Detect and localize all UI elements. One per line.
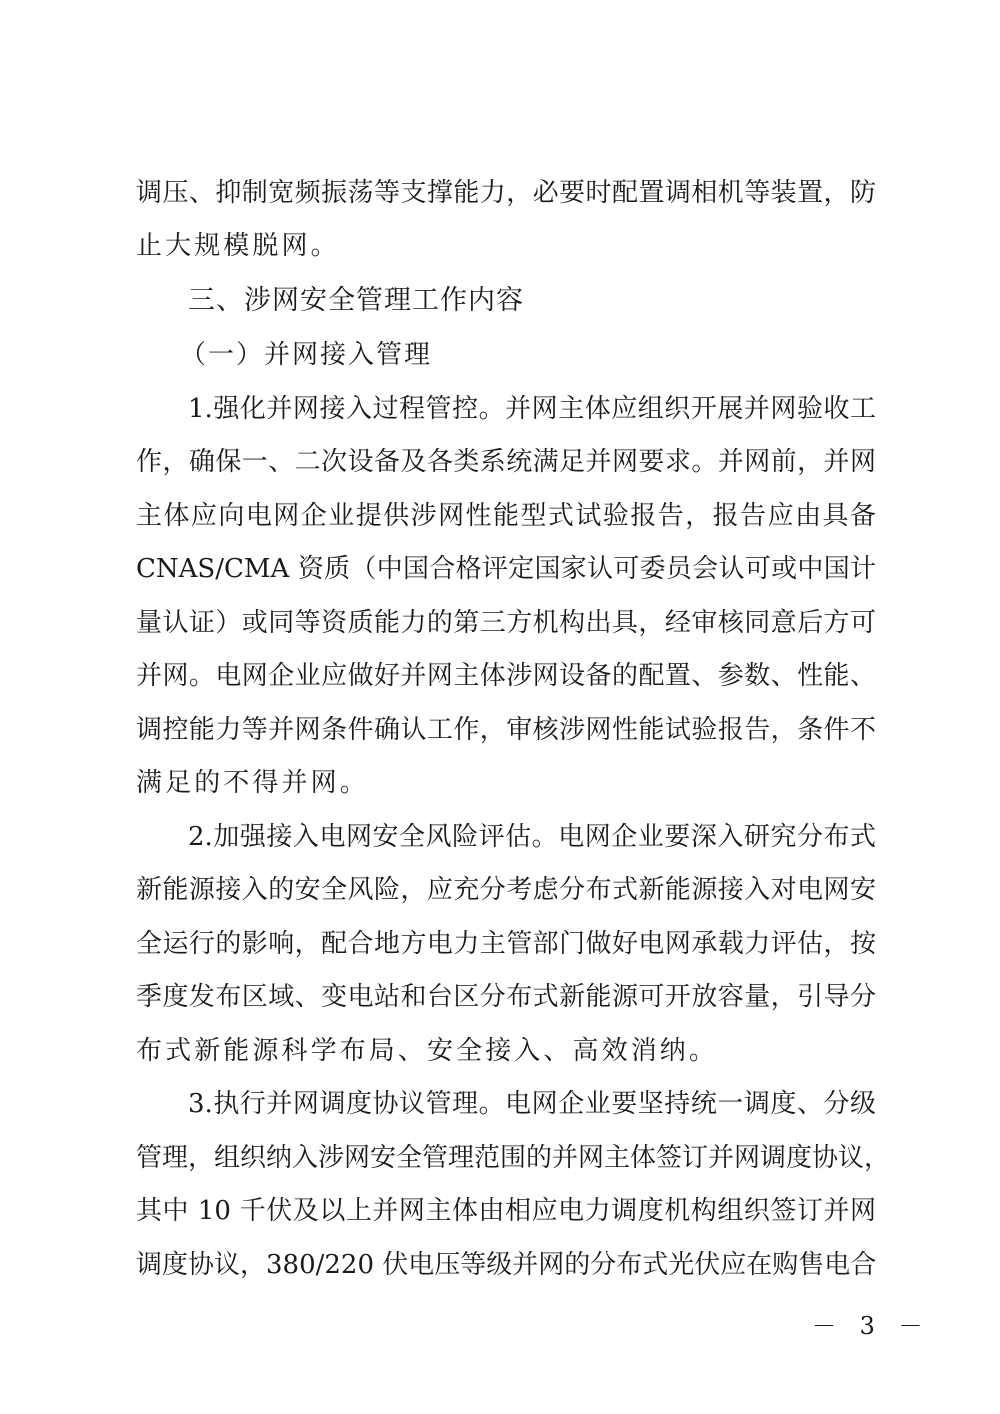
paragraph-1-line-8: 满足的不得并网。 — [136, 768, 876, 798]
subsection-heading: （一）并网接入管理 — [180, 340, 920, 370]
paragraph-3-line-2: 管理，组织纳入涉网安全管理范围的并网主体签订并网调度协议， — [136, 1143, 876, 1173]
paragraph-1-line-4: CNAS/CMA 资质（中国合格评定国家认可委员会认可或中国计 — [136, 554, 876, 584]
body-line-continuation: 调压、抑制宽频振荡等支撑能力，必要时配置调相机等装置，防 — [136, 178, 876, 208]
paragraph-1-line-5: 量认证）或同等资质能力的第三方机构出具，经审核同意后方可 — [136, 608, 876, 638]
paragraph-1-line-7: 调控能力等并网条件确认工作，审核涉网性能试验报告，条件不 — [136, 715, 876, 745]
paragraph-1-line-6: 并网。电网企业应做好并网主体涉网设备的配置、参数、性能、 — [136, 661, 876, 691]
paragraph-3-line-3: 其中 10 千伏及以上并网主体由相应电力调度机构组织签订并网 — [136, 1196, 876, 1226]
paragraph-2-line-1: 2.加强接入电网安全风险评估。电网企业要深入研究分布式 — [188, 822, 876, 852]
paragraph-1-line-1: 1.强化并网接入过程管控。并网主体应组织开展并网验收工 — [188, 394, 876, 424]
paragraph-3-line-4: 调度协议，380/220 伏电压等级并网的分布式光伏应在购售电合 — [136, 1250, 876, 1280]
paragraph-1-line-3: 主体应向电网企业提供涉网性能型式试验报告，报告应由具备 — [136, 501, 876, 531]
paragraph-1-line-2: 作，确保一、二次设备及各类系统满足并网要求。并网前，并网 — [136, 447, 876, 477]
paragraph-2-line-3: 全运行的影响，配合地方电力主管部门做好电网承载力评估，按 — [136, 929, 876, 959]
paragraph-2-line-5: 布式新能源科学布局、安全接入、高效消纳。 — [136, 1036, 876, 1066]
section-heading: 三、涉网安全管理工作内容 — [188, 286, 928, 316]
document-page: 调压、抑制宽频振荡等支撑能力，必要时配置调相机等装置，防 止大规模脱网。 三、涉… — [0, 0, 1000, 1414]
paragraph-2-line-2: 新能源接入的安全风险，应充分考虑分布式新能源接入对电网安 — [136, 875, 876, 905]
paragraph-2-line-4: 季度发布区域、变电站和台区分布式新能源可开放容量，引导分 — [136, 982, 876, 1012]
paragraph-3-line-1: 3.执行并网调度协议管理。电网企业要坚持统一调度、分级 — [188, 1089, 876, 1119]
page-number: － 3 － — [812, 1306, 931, 1341]
body-line-continuation-end: 止大规模脱网。 — [136, 231, 876, 261]
